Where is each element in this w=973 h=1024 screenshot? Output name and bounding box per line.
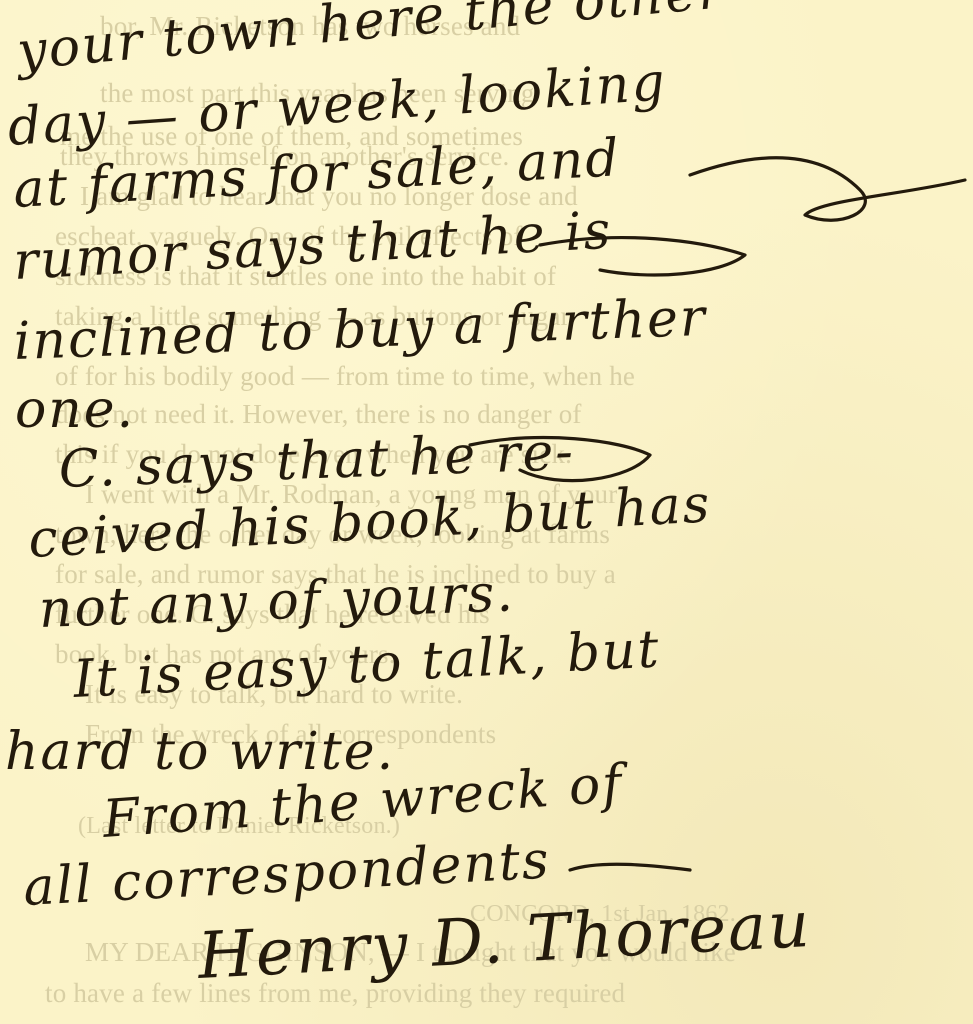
handwritten-letter: your town here the other day — or week, … <box>0 0 973 1024</box>
handwritten-line: one. <box>15 380 135 440</box>
scanned-page: bor, Mr. Ricketson has two horses and th… <box>0 0 973 1024</box>
handwritten-line: not any of yours. <box>38 563 516 640</box>
handwritten-line: inclined to buy a further <box>13 288 708 372</box>
